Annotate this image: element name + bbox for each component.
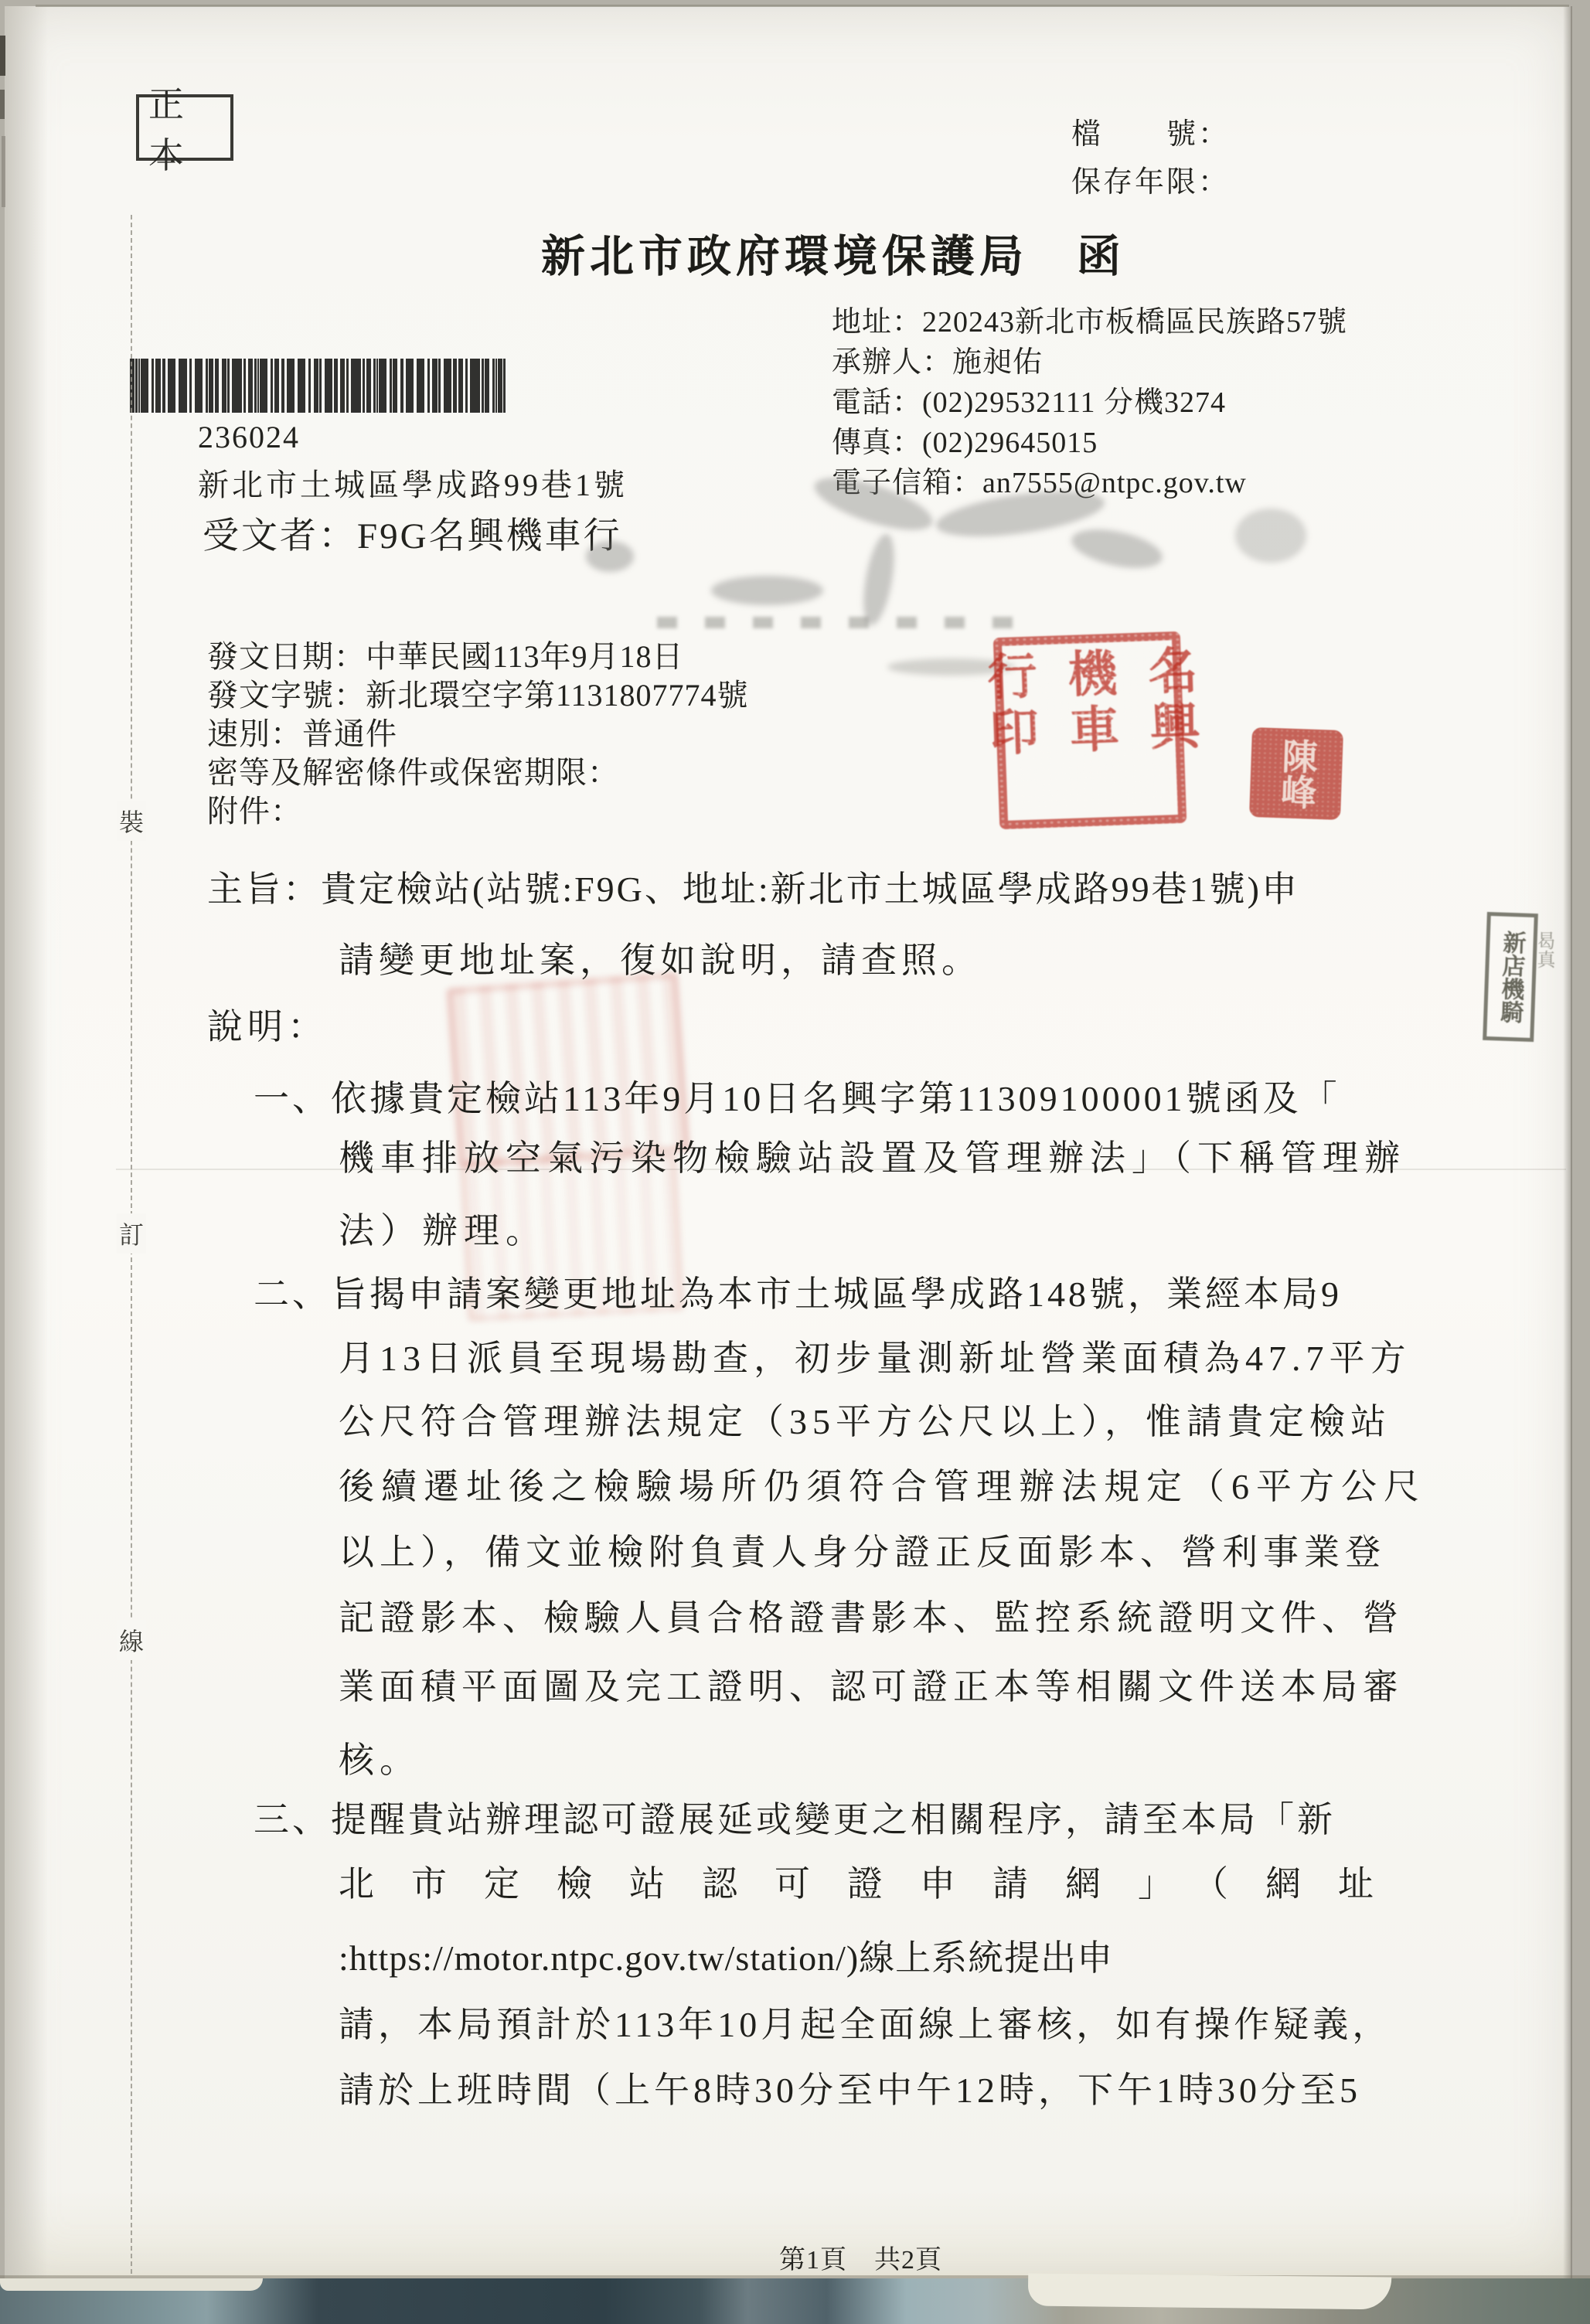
item2-line4: 後續遷址後之檢驗場所仍須符合管理辦法規定（6平方公尺	[339, 1458, 1426, 1509]
item2-line6: 記證影本、檢驗人員合格證書影本、監控系統證明文件、營	[339, 1590, 1404, 1641]
item2-line1: 二、旨揭申請案變更地址為本市土城區學成路148號，業經本局9	[254, 1266, 1342, 1317]
right-edge-chop-stamp: 新店機騎	[1483, 912, 1538, 1042]
attachment-label: 附件：	[207, 787, 302, 831]
subject-line-2: 請變更地址案，復如說明，請查照。	[339, 932, 982, 983]
item2-line7: 業面積平面圖及完工證明、認可證正本等相關文件送本局審	[339, 1659, 1404, 1710]
paper-crease	[116, 1169, 1566, 1170]
retention-period-label: 保存年限：	[1071, 158, 1230, 200]
item3-line4: 請，本局預計於113年10月起全面線上審核，如有操作疑義，	[339, 1996, 1391, 2047]
scan-left-shadow	[5, 6, 48, 2281]
item2-line2: 月13日派員至現場勘查，初步量測新址營業面積為47.7平方	[339, 1330, 1411, 1381]
paper-bottom-edge	[1028, 2274, 1391, 2310]
ink-smudge	[657, 617, 1032, 628]
scan-edge-mark	[2, 136, 5, 207]
original-copy-stamp-box: 正本	[136, 94, 233, 161]
binding-char-ding: 訂	[117, 1213, 146, 1254]
paper-bottom-edge	[0, 2278, 263, 2291]
sender-fax: 傳真：(02)29645015	[832, 418, 1098, 461]
item2-line8: 核。	[339, 1732, 420, 1783]
small-red-name-seal: 陳峰	[1249, 727, 1343, 820]
subject-line-1: 主旨：貴定檢站(站號:F9G、地址:新北市土城區學成路99巷1號)申	[207, 861, 1299, 912]
sender-contact-person: 承辦人：施昶佑	[832, 338, 1043, 380]
scanned-letter-page: 正本 檔 號： 保存年限： 新北市政府環境保護局 函 地址：220243新北市板…	[0, 0, 1590, 2324]
explanation-heading: 說明：	[207, 999, 328, 1050]
ink-smudge	[711, 576, 823, 605]
sender-address: 地址：220243新北市板橋區民族路57號	[832, 298, 1347, 340]
large-red-seal: 名興機車行印	[993, 631, 1187, 829]
large-red-seal-text: 名興機車行印	[966, 644, 1213, 818]
binding-char-zhuang: 裝	[117, 801, 146, 841]
scan-edge-mark	[0, 36, 5, 76]
right-edge-chop-text: 新店機騎	[1496, 930, 1525, 1023]
item2-line5: 以上），備文並檢附負責人身分證正反面影本、營利事業登	[339, 1524, 1386, 1575]
ink-smudge	[1235, 509, 1306, 563]
document-number: 發文字號：新北環空字第1131807774號	[207, 671, 749, 715]
recipient-address: 新北市土城區學成路99巷1號	[198, 461, 628, 505]
original-copy-label: 正本	[148, 77, 230, 179]
scan-edge-mark	[0, 90, 5, 119]
delivery-speed: 速別：普通件	[207, 709, 397, 754]
binding-char-xian: 線	[117, 1620, 146, 1660]
sender-phone: 電話：(02)29532111 分機3274	[832, 378, 1226, 420]
secrecy-level: 密等及解密條件或保密期限：	[207, 748, 619, 792]
issue-date: 發文日期：中華民國113年9月18日	[207, 632, 684, 676]
item2-line3: 公尺符合管理辦法規定（35平方公尺以上），惟請貴定檢站	[339, 1393, 1391, 1444]
item3-line3: :https://motor.ntpc.gov.tw/station/)線上系統…	[339, 1930, 1113, 1981]
mailing-barcode	[130, 359, 507, 413]
item3-line2: 北市定檢站認可證申請網」（網址	[339, 1856, 1411, 1907]
page-number-footer: 第1頁 共2頁	[779, 2238, 942, 2276]
item1-line1: 一、依據貴定檢站113年9月10日名興字第11309100001號函及「	[254, 1070, 1340, 1121]
item3-line1: 三、提醒貴站辦理認可證展延或變更之相關程序，請至本局「新	[254, 1791, 1336, 1843]
scan-right-shadow	[1563, 6, 1572, 2281]
item1-line3: 法）辦理。	[339, 1203, 547, 1254]
right-edge-chop-partial: 曷真	[1534, 931, 1554, 968]
barcode-number: 236024	[198, 419, 300, 455]
document-title: 新北市政府環境保護局 函	[541, 221, 1125, 284]
small-red-name-seal-text: 陳峰	[1274, 737, 1318, 810]
paper-top-edge	[36, 5, 1569, 7]
item3-line5: 請於上班時間（上午8時30分至中午12時，下午1時30分至5	[339, 2062, 1361, 2113]
recipient-line: 受文者：F9G名興機車行	[203, 507, 622, 559]
ink-smudge	[586, 541, 634, 572]
file-number-label: 檔 號：	[1071, 110, 1230, 152]
item1-line2: 機車排放空氣污染物檢驗站設置及管理辦法」（下稱管理辦	[339, 1130, 1406, 1181]
